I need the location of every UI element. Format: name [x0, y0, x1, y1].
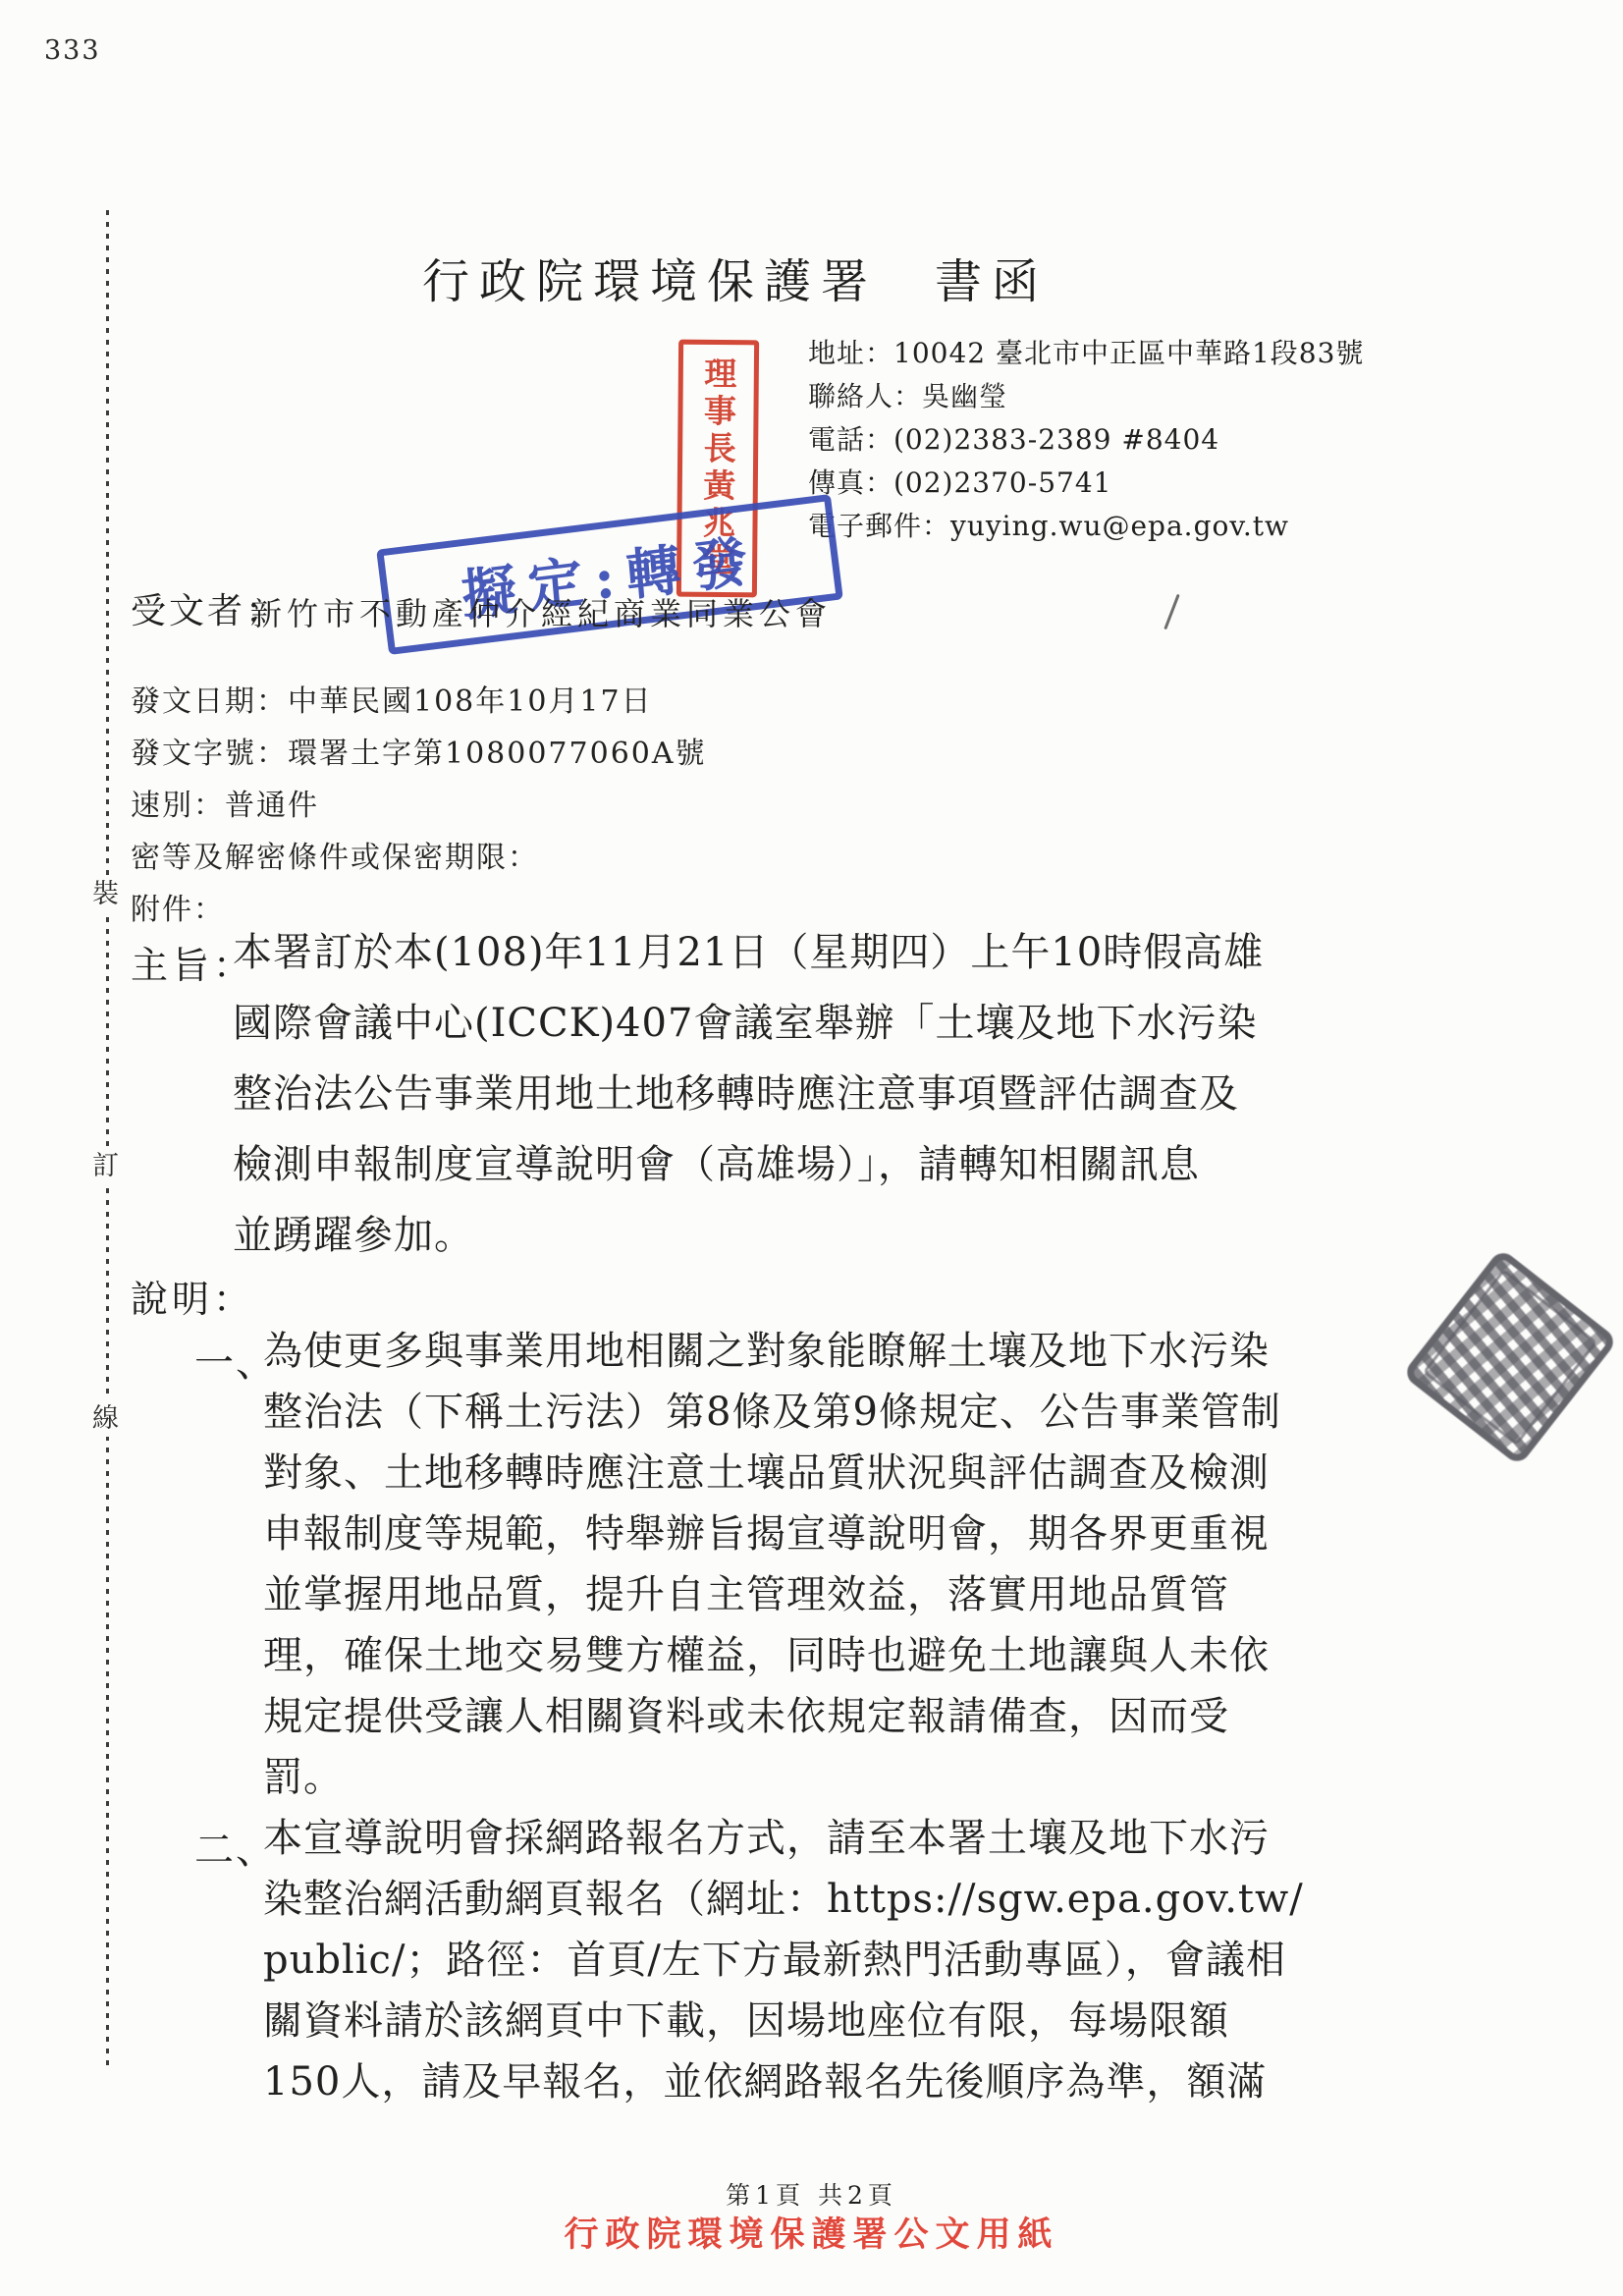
sender-address: 地址：10042 臺北市中正區中華路1段83號: [808, 332, 1364, 375]
binding-dotted-line: [106, 210, 109, 2072]
binding-mark-zhuang: 裝: [91, 876, 120, 912]
explanation-line: 並掌握用地品質，提升自主管理效益，落實用地品質管: [263, 1564, 1281, 1625]
corner-page-number: 333: [44, 35, 101, 66]
binding-mark-xian: 線: [91, 1400, 120, 1437]
recipient-value: 新竹市不動產仲介經紀商業同業公會: [250, 589, 832, 634]
security-grade: 密等及解密條件或保密期限：: [131, 832, 707, 884]
explanation-item-2: 本宣導說明會採網路報名方式，請至本署土壤及地下水污 染整治網活動網頁報名（網址：…: [263, 1808, 1304, 2112]
official-dark-seal: [1402, 1248, 1619, 1467]
scanned-official-letter: 333 裝 訂 線 行政院環境保護署 書函 地址：10042 臺北市中正區中華路…: [0, 0, 1623, 2296]
subject-paragraph: 本署訂於本(108)年11月21日（星期四）上午10時假高雄 國際會議中心(IC…: [233, 917, 1264, 1271]
subject-line: 整治法公告事業用地土地移轉時應注意事項暨評估調查及: [233, 1059, 1264, 1129]
explanation-line: 理，確保土地交易雙方權益，同時也避免土地讓與人未依: [263, 1625, 1281, 1686]
explanation-line: 對象、土地移轉時應注意土壤品質狀況與評估調查及檢測: [263, 1443, 1281, 1503]
subject-line: 檢測申報制度宣導說明會（高雄場）」，請轉知相關訊息: [233, 1129, 1264, 1200]
doc-number: 發文字號：環署土字第1080077060A號: [131, 728, 707, 780]
priority: 速別：普通件: [131, 780, 707, 832]
explanation-line: 本宣導說明會採網路報名方式，請至本署土壤及地下水污: [263, 1808, 1304, 1869]
footer-page-info: 第1頁 共2頁: [0, 2176, 1623, 2212]
meta-block: 發文日期：中華民國108年10月17日 發文字號：環署土字第1080077060…: [131, 676, 707, 936]
explanation-label: 說明：: [131, 1269, 254, 1323]
explanation-line: 染整治網活動網頁報名（網址：https://sgw.epa.gov.tw/: [263, 1869, 1304, 1930]
official-dark-seal-border: [1423, 1269, 1598, 1447]
sender-contact-person: 聯絡人：吳幽瑩: [808, 375, 1364, 418]
sender-phone: 電話：(02)2383-2389 #8404: [808, 418, 1364, 462]
explanation-line: 150人，請及早報名，並依網路報名先後順序為準，額滿: [263, 2051, 1304, 2112]
binding-mark-ding: 訂: [91, 1148, 120, 1184]
footer-paper-name: 行政院環境保護署公文用紙: [0, 2208, 1623, 2257]
subject-line: 國際會議中心(ICCK)407會議室舉辦「土壤及地下水污染: [233, 988, 1264, 1059]
document-title: 行政院環境保護署 書函: [422, 244, 1049, 311]
explanation-line: 規定提供受讓人相關資料或未依規定報請備查，因而受: [263, 1686, 1281, 1747]
explanation-item-1: 為使更多與事業用地相關之對象能瞭解土壤及地下水污染 整治法（下稱土污法）第8條及…: [263, 1321, 1281, 1808]
sender-email: 電子郵件：yuying.wu@epa.gov.tw: [808, 505, 1364, 548]
explanation-line: public/；路徑：首頁/左下方最新熱門活動專區），會議相: [263, 1930, 1304, 1991]
explanation-line: 罰。: [263, 1747, 1281, 1808]
explanation-line: 關資料請於該網頁中下載，因場地座位有限，每場限額: [263, 1991, 1304, 2051]
issue-date: 發文日期：中華民國108年10月17日: [131, 676, 707, 728]
subject-line: 並踴躍參加。: [233, 1200, 1264, 1271]
explanation-line: 整治法（下稱土污法）第8條及第9條規定、公告事業管制: [263, 1382, 1281, 1443]
explanation-line: 申報制度等規範，特舉辦旨揭宣導說明會，期各界更重視: [263, 1503, 1281, 1564]
explanation-line: 為使更多與事業用地相關之對象能瞭解土壤及地下水污染: [263, 1321, 1281, 1382]
subject-line: 本署訂於本(108)年11月21日（星期四）上午10時假高雄: [233, 917, 1264, 988]
sender-fax: 傳真：(02)2370-5741: [808, 462, 1364, 505]
pen-check-mark: [1163, 594, 1179, 630]
sender-contact-block: 地址：10042 臺北市中正區中華路1段83號 聯絡人：吳幽瑩 電話：(02)2…: [808, 332, 1364, 548]
